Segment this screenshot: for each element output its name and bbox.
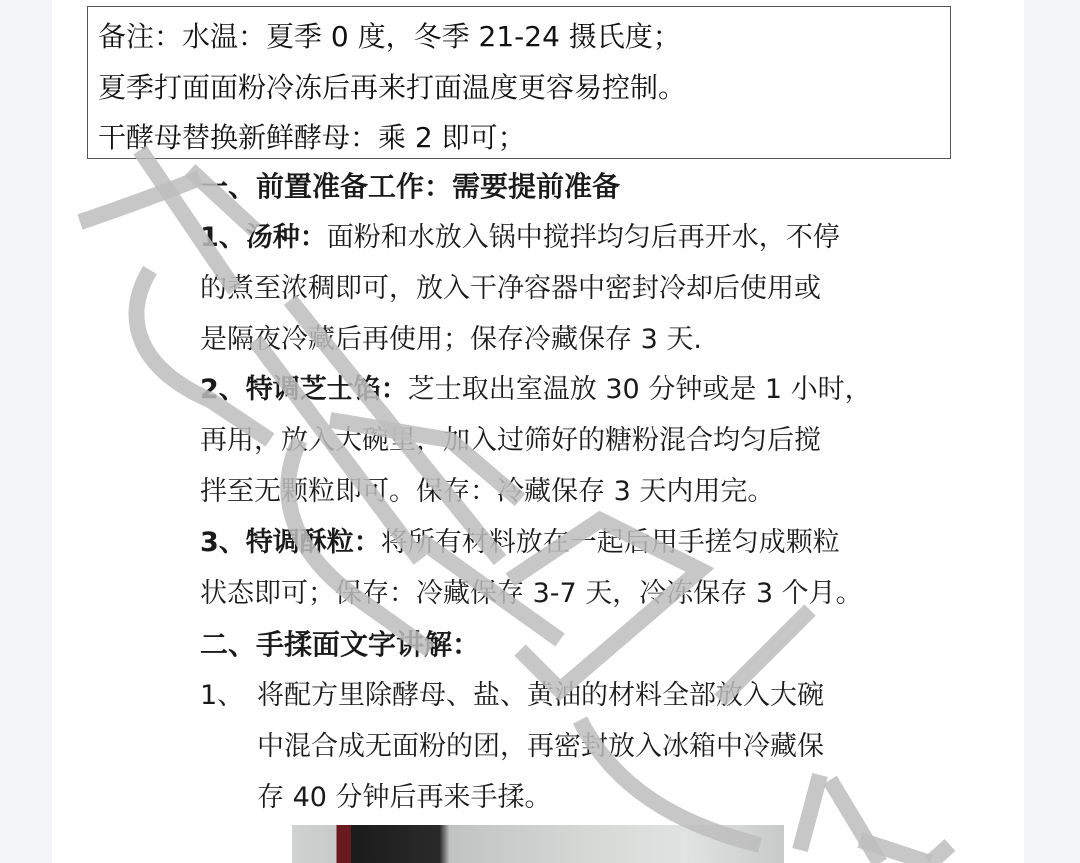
item-text: 芝士取出室温放 30 分钟或是 1 小时，: [408, 374, 872, 405]
note-box: 备注：水温：夏季 0 度，冬季 21-24 摄氏度； 夏季打面面粉冷冻后再来打面…: [87, 6, 951, 159]
step-text-line: 中混合成无面粉的团，再密封放入冰箱中冷藏保: [257, 730, 824, 764]
note-line-summer-tip: 夏季打面面粉冷冻后再来打面温度更容易控制。: [98, 71, 686, 105]
step-text-line: 存 40 分钟后再来手揉。: [257, 781, 552, 815]
item-text-line: 再用，放入大碗里，加入过筛好的糖粉混合均匀后搅: [200, 424, 821, 458]
item-text-line: 是隔夜冷藏后再使用；保存冷藏保存 3 天.: [200, 323, 702, 357]
item-text: 面粉和水放入锅中搅拌均匀后再开水，不停: [327, 222, 840, 253]
item-text-line: 状态即可；保存：冷藏保存 3-7 天，冷冻保存 3 个月。: [200, 577, 863, 611]
note-line-yeast: 干酵母替换新鲜酵母：乘 2 即可；: [98, 121, 526, 155]
item-label: 2、特调芝士馅：: [200, 374, 408, 405]
section2-heading: 二、手揉面文字讲解：: [200, 628, 480, 662]
item-label: 1、汤种：: [200, 222, 327, 253]
item-tangzhong: 1、汤种：面粉和水放入锅中搅拌均匀后再开水，不停: [200, 221, 840, 255]
item-text-line: 的煮至浓稠即可，放入干净容器中密封冷却后使用或: [200, 272, 821, 306]
note-line-water-temp: 备注：水温：夏季 0 度，冬季 21-24 摄氏度；: [98, 20, 681, 54]
item-text-line: 拌至无颗粒即可。保存：冷藏保存 3 天内用完。: [200, 475, 774, 509]
item-crumble: 3、特调酥粒：将所有材料放在一起后用手搓匀成颗粒: [200, 526, 840, 560]
mixing-bowl-photo: [292, 825, 784, 863]
item-cheese-filling: 2、特调芝士馅：芝士取出室温放 30 分钟或是 1 小时，: [200, 373, 872, 407]
item-label: 3、特调酥粒：: [200, 527, 381, 558]
step-number: 1、: [200, 679, 244, 713]
step-text-line: 将配方里除酵母、盐、黄油的材料全部放入大碗: [257, 679, 824, 713]
section1-heading: 一、前置准备工作：需要提前准备: [200, 170, 620, 204]
item-text: 将所有材料放在一起后用手搓匀成颗粒: [381, 527, 840, 558]
